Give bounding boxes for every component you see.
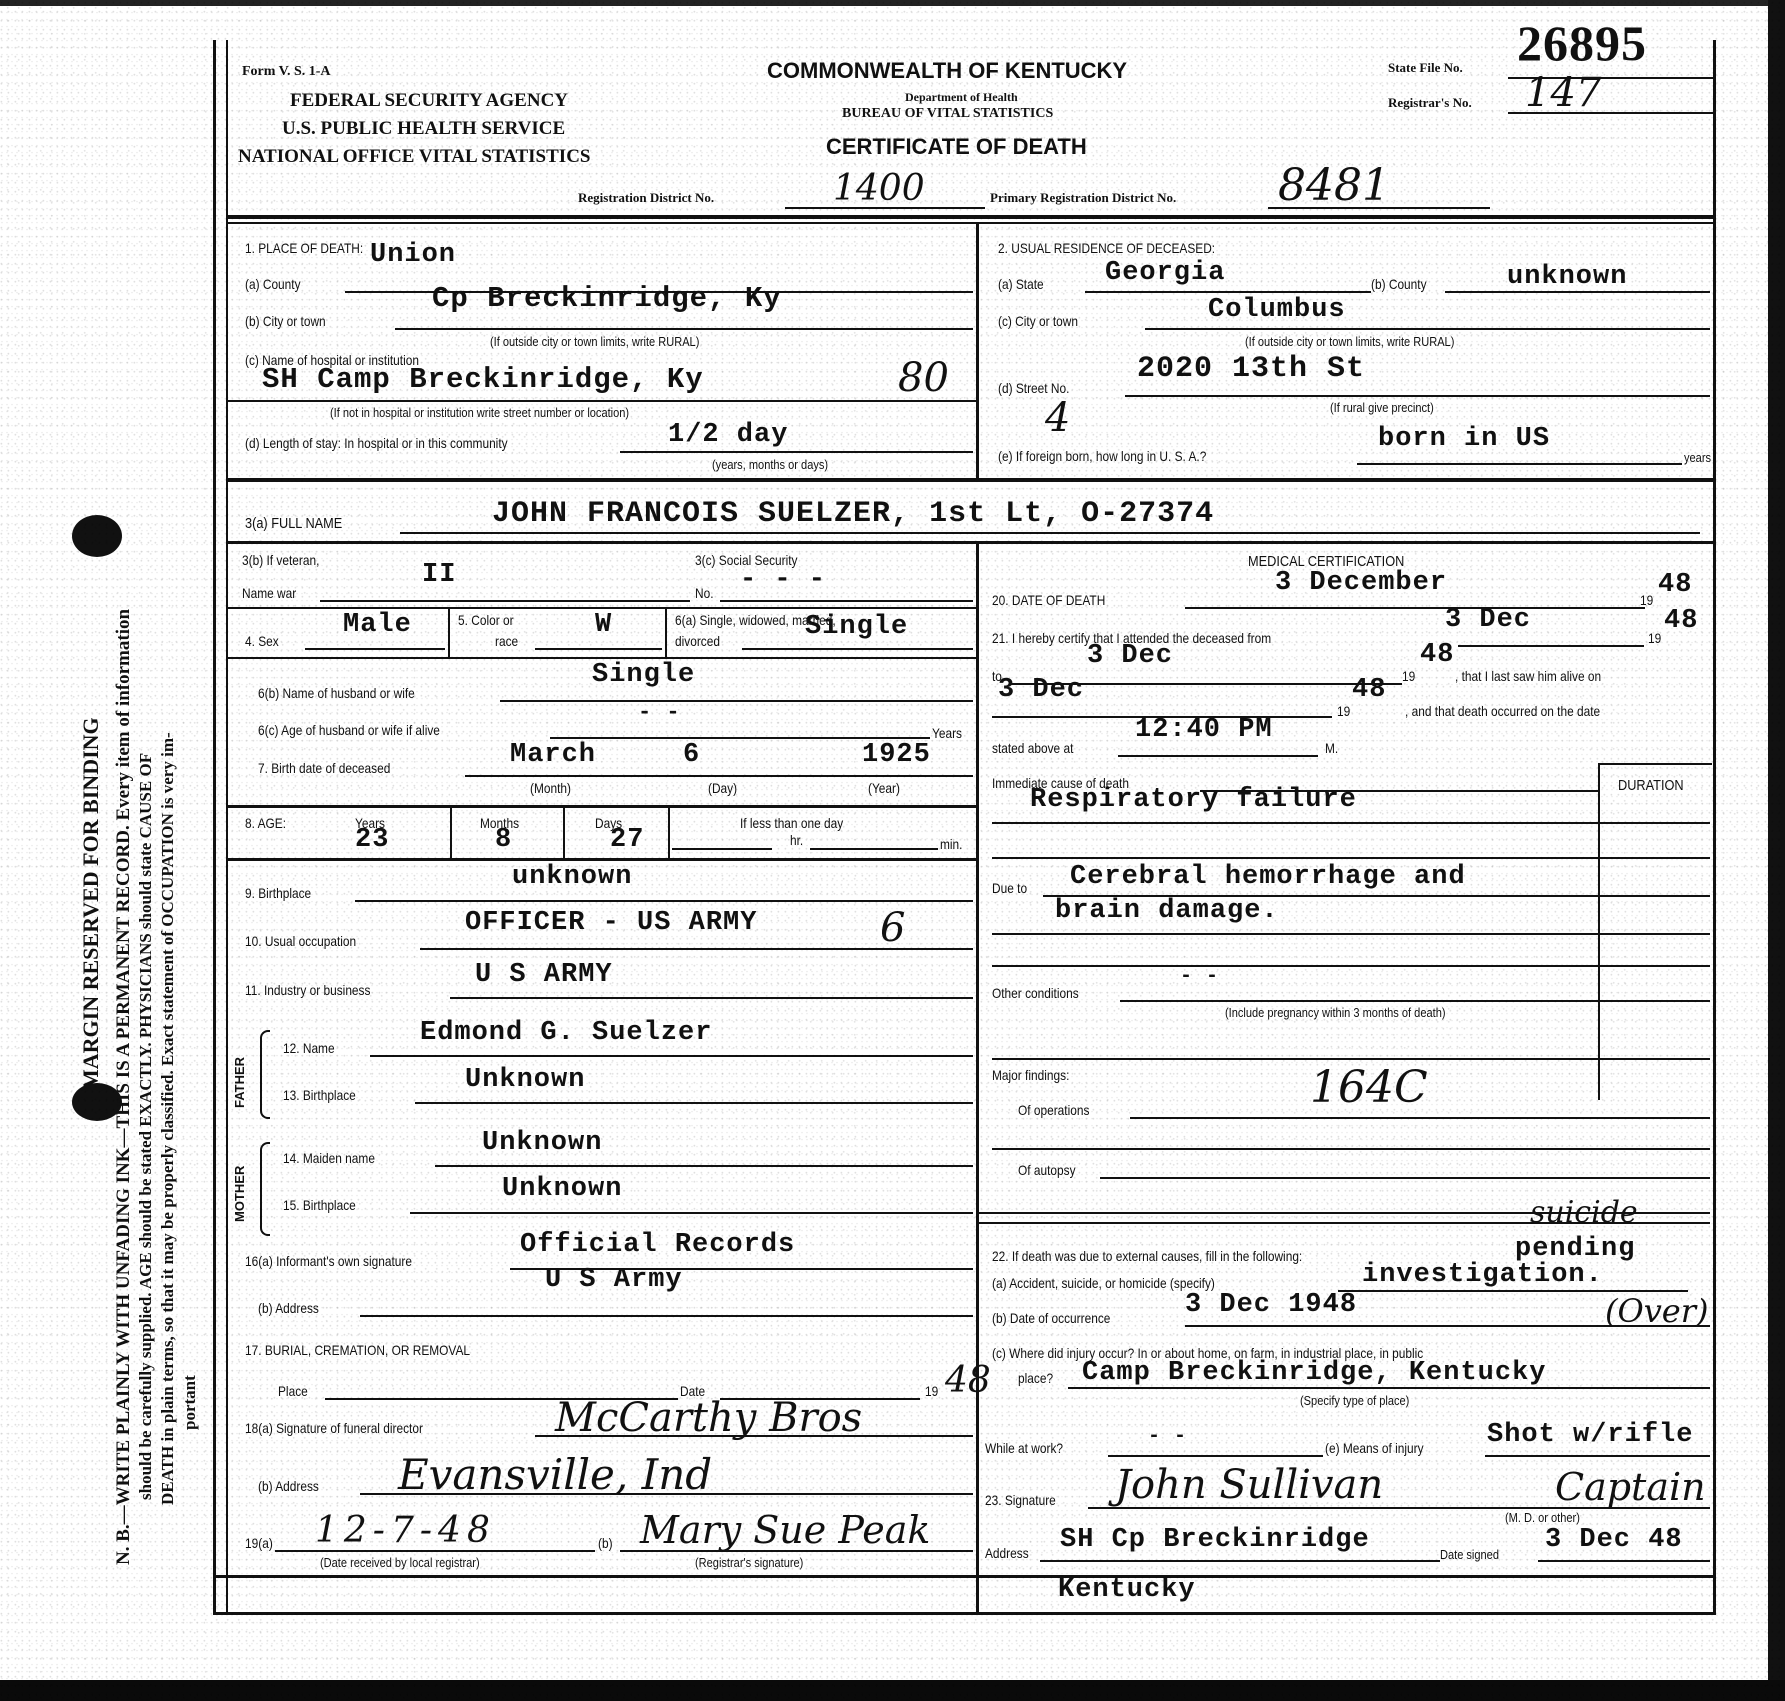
column-divider-top (976, 222, 979, 480)
operations-code: 164C (1310, 1062, 1428, 1113)
scan-edge-bottom (0, 1680, 1785, 1701)
form-number: Form V. S. 1-A (242, 64, 331, 80)
informant-label: 16(a) Informant's own signature (245, 1253, 412, 1269)
stay-label: (d) Length of stay: In hospital or in th… (245, 435, 508, 451)
res-state-line (1085, 291, 1371, 293)
informant-address-line (360, 1315, 973, 1317)
attend-to-century: 19 (1402, 668, 1415, 684)
mother-maiden-line (435, 1165, 973, 1167)
res-state-label: (a) State (998, 276, 1044, 292)
instruction-line-4: portant (180, 1375, 200, 1430)
certifier-address-line-1: SH Cp Breckinridge (1060, 1525, 1370, 1555)
other-conditions-note: (Include pregnancy within 3 months of de… (1225, 1005, 1446, 1020)
hospital-line (226, 400, 976, 402)
means-line (1485, 1455, 1710, 1457)
full-name-line (400, 532, 1700, 534)
director-label: 18(a) Signature of funeral director (245, 1420, 423, 1436)
state-file-label: State File No. (1388, 60, 1463, 76)
registrar-sig-label: (b) (598, 1535, 613, 1551)
reg-district-label: Registration District No. (578, 190, 714, 206)
birthplace-value: unknown (512, 862, 632, 892)
findings-top-rule (992, 1058, 1710, 1060)
attend-from-line (1458, 645, 1644, 647)
where-label-2: place? (1018, 1370, 1053, 1386)
autopsy-line (1100, 1177, 1710, 1179)
certifier-signature-line (1088, 1507, 1710, 1509)
agency-line-2: U.S. PUBLIC HEALTH SERVICE (282, 118, 565, 140)
age-divider-1 (450, 806, 452, 858)
res-state-value: Georgia (1105, 258, 1225, 288)
res-city-line (1145, 328, 1710, 330)
registrar-no-value: 147 (1525, 70, 1601, 116)
spouse-age-value: - - (638, 700, 681, 725)
father-name-line (370, 1055, 973, 1057)
marital-label-2: divorced (675, 633, 720, 649)
occupation-line (420, 948, 973, 950)
last-saw-century: 19 (1337, 703, 1350, 719)
instruction-line-3: DEATH in plain terms, so that it may be … (158, 732, 178, 1505)
time-value: 12:40 PM (1135, 715, 1273, 745)
row-rule-3 (226, 607, 976, 609)
race-label-2: race (495, 633, 518, 649)
mother-brace (260, 1142, 270, 1236)
hospital-value: SH Camp Breckinridge, Ky (262, 363, 704, 396)
certifier-address-rule (1040, 1560, 1440, 1562)
ssn-value: - - - (740, 565, 826, 595)
veteran-value: II (422, 560, 456, 590)
hospital-note: (If not in hospital or institution write… (330, 405, 629, 420)
means-label: (e) Means of injury (1325, 1440, 1424, 1456)
foreign-unit: years (1684, 450, 1711, 465)
spouse-age-unit: Years (932, 725, 962, 741)
major-findings-label: Major findings: (992, 1067, 1069, 1083)
spouse-line (500, 700, 973, 702)
certifier-title-note: (M. D. or other) (1505, 1510, 1580, 1525)
row-rule-4 (226, 657, 976, 659)
precinct-mark: 4 (1045, 395, 1070, 441)
veteran-line (320, 600, 690, 602)
certifier-address-label: Address (985, 1545, 1029, 1561)
occurrence-date-label: (b) Date of occurrence (992, 1310, 1110, 1326)
frame-inner-left (226, 40, 228, 1612)
scan-edge-right (1768, 0, 1785, 1701)
state-title: COMMONWEALTH OF KENTUCKY (767, 58, 1127, 84)
operations-line (1130, 1117, 1710, 1119)
date-of-death-year: 48 (1658, 570, 1692, 600)
veteran-label-1: 3(b) If veteran, (242, 552, 319, 568)
header-rule (226, 215, 1713, 219)
foreign-value: born in US (1378, 424, 1550, 454)
stamp-number: 26895 (1517, 14, 1647, 72)
sex-line (305, 648, 445, 650)
res-county-line (1445, 291, 1710, 293)
burial-place-label: Place (278, 1383, 308, 1399)
date-signed-line (1538, 1560, 1710, 1562)
res-county-label: (b) County (1371, 276, 1427, 292)
mother-side-label: MOTHER (232, 1166, 247, 1222)
death-county-value: Union (370, 240, 456, 270)
cause-line-1 (992, 822, 1710, 824)
date-signed-label: Date signed (1440, 1547, 1499, 1562)
row-rule-6 (226, 858, 976, 861)
due-to-label: Due to (992, 880, 1027, 896)
race-divider (665, 608, 667, 658)
res-street-note: (If rural give precinct) (1330, 400, 1434, 415)
director-address-value: Evansville, Ind (398, 1450, 712, 1499)
burial-date-prefix: 19 (925, 1383, 938, 1399)
father-brace (260, 1030, 270, 1119)
age-min-label: min. (940, 836, 962, 852)
operations-rule-2 (992, 1148, 1710, 1150)
birth-day-note: (Day) (708, 780, 737, 796)
mother-maiden-label: 14. Maiden name (283, 1150, 375, 1166)
race-value: W (595, 610, 612, 640)
due-to-rule-3 (992, 965, 1710, 967)
burial-date-year: 48 (945, 1360, 991, 1401)
age-min-line (810, 848, 938, 850)
sex-divider (448, 608, 450, 658)
operations-label: Of operations (1018, 1102, 1089, 1118)
mother-birthplace-value: Unknown (502, 1174, 622, 1204)
ssn-line (720, 600, 973, 602)
registrar-date-value: 12-7-48 (315, 1510, 496, 1551)
race-label-1: 5. Color or (458, 612, 514, 628)
certifier-signature-label: 23. Signature (985, 1492, 1056, 1508)
due-to-rule-2 (992, 933, 1710, 935)
director-line (535, 1435, 973, 1437)
spouse-age-line (550, 737, 930, 739)
immediate-cause-value: Respiratory failure (1030, 785, 1357, 815)
age-hr-line (672, 848, 772, 850)
marital-line (742, 648, 973, 650)
other-conditions-value: - - (1180, 965, 1219, 988)
attend-to-year: 48 (1420, 640, 1454, 670)
father-side-label: FATHER (232, 1057, 247, 1108)
res-street-label: (d) Street No. (998, 380, 1069, 396)
instruction-line-2: should be carefully supplied. AGE should… (136, 753, 156, 1500)
attend-from: 3 Dec (1445, 605, 1531, 635)
last-saw-label: , that I last saw him alive on (1455, 668, 1601, 684)
informant-address-label: (b) Address (258, 1300, 319, 1316)
occupation-code: 6 (880, 905, 905, 951)
last-saw-value: 3 Dec (998, 675, 1084, 705)
duration-box (1598, 763, 1712, 1100)
manner-line-2: investigation. (1362, 1260, 1603, 1290)
column-divider-bottom (976, 541, 979, 1612)
registrar-sig-line (620, 1550, 973, 1552)
burial-heading: 17. BURIAL, CREMATION, OR REMOVAL (245, 1342, 470, 1358)
attend-from-year: 48 (1664, 606, 1698, 636)
death-county-label: (a) County (245, 276, 301, 292)
footer-rule (213, 1575, 1713, 1578)
suicide-note: suicide (1530, 1195, 1638, 1230)
birth-label: 7. Birth date of deceased (258, 760, 390, 776)
ssn-label-2: No. (695, 585, 714, 601)
autopsy-label: Of autopsy (1018, 1162, 1076, 1178)
registrar-date-note: (Date received by local registrar) (320, 1555, 480, 1570)
birth-day: 6 (683, 740, 700, 770)
scan-edge-top (0, 0, 1785, 6)
at-work-value: - - (1148, 1425, 1187, 1448)
agency-line-3: NATIONAL OFFICE VITAL STATISTICS (238, 146, 590, 168)
header-rule-2 (226, 222, 1713, 224)
res-street-value: 2020 13th St (1137, 352, 1365, 386)
time-line (1118, 755, 1318, 757)
director-address-label: (b) Address (258, 1478, 319, 1494)
binding-hole-top (72, 515, 122, 557)
external-heading: 22. If death was due to external causes,… (992, 1248, 1302, 1264)
industry-value: U S ARMY (475, 960, 613, 990)
veteran-label-2: Name war (242, 585, 296, 601)
age-hr-label: hr. (790, 832, 803, 848)
residence-heading: 2. USUAL RESIDENCE OF DECEASED: (998, 240, 1215, 256)
birthplace-label: 9. Birthplace (245, 885, 311, 901)
date-of-death-label: 20. DATE OF DEATH (992, 592, 1105, 608)
father-birthplace-line (415, 1102, 973, 1104)
spouse-age-label: 6(c) Age of husband or wife if alive (258, 722, 440, 738)
stated-above-label: stated above at (992, 740, 1073, 756)
certifier-title-value: Captain (1555, 1465, 1706, 1509)
reg-district-value: 1400 (833, 168, 925, 209)
mother-birthplace-label: 15. Birthplace (283, 1197, 356, 1213)
sex-label: 4. Sex (245, 633, 279, 649)
informant-address-value: U S Army (545, 1265, 683, 1295)
res-street-line (1125, 395, 1710, 397)
due-to-line-2: brain damage. (1055, 896, 1279, 926)
spouse-value: Single (592, 660, 695, 690)
department: Department of Health (905, 90, 1018, 105)
age-lessday-label: If less than one day (740, 815, 843, 831)
row-rule-5 (226, 805, 976, 808)
place-of-death-heading: 1. PLACE OF DEATH: (245, 240, 363, 256)
death-city-line (395, 328, 973, 330)
age-years: 23 (355, 825, 389, 855)
section-rule-1 (226, 478, 1713, 482)
where-line (1068, 1387, 1710, 1389)
res-city-value: Columbus (1208, 295, 1346, 325)
registrar-date-line (275, 1550, 595, 1552)
registrar-sig-note: (Registrar's signature) (695, 1555, 803, 1570)
occupation-label: 10. Usual occupation (245, 933, 356, 949)
attend-to: 3 Dec (1087, 641, 1173, 671)
marital-value: Single (805, 612, 908, 642)
foreign-line (1357, 463, 1682, 465)
birth-year-note: (Year) (868, 780, 900, 796)
death-city-label: (b) City or town (245, 313, 326, 329)
stay-line (620, 451, 973, 453)
spouse-label: 6(b) Name of husband or wife (258, 685, 415, 701)
duration-label: DURATION (1618, 777, 1684, 794)
bureau: BUREAU OF VITAL STATISTICS (842, 106, 1053, 122)
time-unit: M. (1325, 740, 1338, 756)
certifier-signature-value: John Sullivan (1115, 1462, 1383, 1508)
registrar-sig-value: Mary Sue Peak (640, 1508, 930, 1552)
cause-line-2 (992, 857, 1710, 859)
age-divider-3 (668, 806, 670, 858)
res-city-note: (If outside city or town limits, write R… (1245, 334, 1454, 349)
mother-birthplace-line (410, 1212, 973, 1214)
age-months: 8 (495, 825, 512, 855)
informant-value: Official Records (520, 1230, 795, 1260)
father-name-value: Edmond G. Suelzer (420, 1018, 712, 1048)
at-work-label: While at work? (985, 1440, 1063, 1456)
death-city-note: (If outside city or town limits, write R… (490, 334, 699, 349)
agency-line-1: FEDERAL SECURITY AGENCY (290, 90, 568, 112)
birth-month-note: (Month) (530, 780, 571, 796)
certificate-title: CERTIFICATE OF DEATH (826, 134, 1087, 160)
due-to-line-1: Cerebral hemorrhage and (1070, 862, 1466, 892)
foreign-label: (e) If foreign born, how long in U. S. A… (998, 448, 1206, 464)
industry-label: 11. Industry or business (245, 982, 370, 998)
full-name-label: 3(a) FULL NAME (245, 515, 342, 532)
primary-district-value: 8481 (1278, 160, 1390, 211)
registrar-no-label: Registrar's No. (1388, 95, 1472, 111)
means-value: Shot w/rifle (1487, 1420, 1693, 1450)
father-birthplace-value: Unknown (465, 1065, 585, 1095)
occurrence-date-line (1185, 1325, 1710, 1327)
death-occurred-label: , and that death occurred on the date (1405, 703, 1600, 719)
father-birthplace-label: 13. Birthplace (283, 1087, 356, 1103)
birth-line (465, 775, 973, 777)
binding-margin-note: MARGIN RESERVED FOR BINDING (78, 717, 104, 1090)
stay-value: 1/2 day (668, 420, 788, 450)
birthplace-line (355, 900, 973, 902)
director-address-line (360, 1493, 973, 1495)
section-rule-2 (226, 541, 1713, 544)
age-divider-2 (563, 806, 565, 858)
date-signed-value: 3 Dec 48 (1545, 1525, 1683, 1555)
date-of-death-line (1185, 607, 1645, 609)
where-value: Camp Breckinridge, Kentucky (1082, 1358, 1546, 1388)
res-county-value: unknown (1507, 262, 1627, 292)
instruction-line-1: N. B.—WRITE PLAINLY WITH UNFADING INK—TH… (113, 609, 135, 1565)
stay-note: (years, months or days) (712, 457, 828, 472)
occurrence-date-value: 3 Dec 1948 (1185, 1290, 1357, 1320)
death-city-value: Cp Breckinridge, Ky (432, 282, 782, 315)
certifier-address-line-2: Kentucky (1058, 1575, 1196, 1605)
mother-maiden-value: Unknown (482, 1128, 602, 1158)
birth-year: 1925 (862, 740, 931, 770)
primary-district-label: Primary Registration District No. (990, 190, 1176, 206)
date-of-death-value: 3 December (1275, 568, 1447, 598)
at-work-line (1108, 1455, 1323, 1457)
occupation-value: OFFICER - US ARMY (465, 908, 757, 938)
age-label: 8. AGE: (245, 815, 286, 831)
date-of-death-century: 19 (1640, 592, 1653, 608)
manner-label: (a) Accident, suicide, or homicide (spec… (992, 1275, 1215, 1291)
other-conditions-line (1120, 1000, 1710, 1002)
where-note: (Specify type of place) (1300, 1393, 1409, 1408)
last-saw-year: 48 (1352, 675, 1386, 705)
registrar-date-label: 19(a) (245, 1535, 273, 1551)
full-name-value: JOHN FRANCOIS SUELZER, 1st Lt, O-27374 (492, 497, 1214, 531)
attend-from-century: 19 (1648, 630, 1661, 646)
sex-value: Male (343, 610, 412, 640)
father-name-label: 12. Name (283, 1040, 335, 1056)
race-line (535, 648, 662, 650)
res-city-label: (c) City or town (998, 313, 1078, 329)
other-conditions-label: Other conditions (992, 985, 1079, 1001)
industry-line (450, 997, 973, 999)
hospital-code: 80 (898, 355, 949, 401)
age-days: 27 (610, 825, 644, 855)
birth-month: March (510, 740, 596, 770)
